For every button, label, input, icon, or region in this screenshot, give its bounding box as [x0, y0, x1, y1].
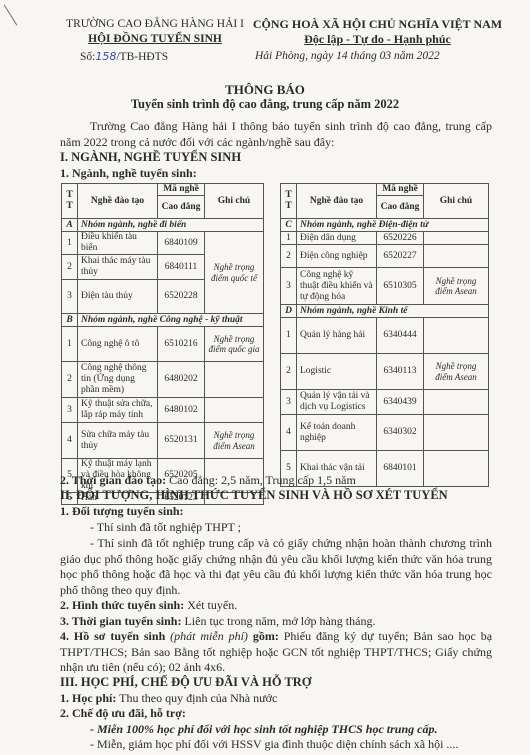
row-note [424, 415, 489, 451]
doc-number-prefix: Số: [80, 51, 95, 63]
group-name: Nhóm ngành, nghề Công nghệ - kỹ thuật [78, 314, 264, 327]
pen-stroke-mark [4, 5, 18, 26]
group-letter: B [62, 314, 78, 327]
table-row: 1Điều khiển tàu biển6840109Nghề trọng đi… [62, 232, 264, 255]
group-letter: C [281, 219, 297, 232]
section3-heading: III. HỌC PHÍ, CHẾ ĐỘ ƯU ĐÃI VÀ HỖ TRỢ [60, 675, 312, 690]
table-row: 4Sửa chữa máy tàu thủy6520131Nghề trọng … [62, 423, 264, 459]
row-note [424, 245, 489, 268]
section2-heading: II. ĐỐI TƯỢNG, HÌNH THỨC TUYỂN SINH VÀ H… [60, 488, 448, 503]
row-major-code: 6520226 [377, 232, 424, 245]
doc-title: THÔNG BÁO [0, 82, 530, 97]
row-major-name: Công nghệ ô tô [78, 327, 158, 362]
col-ma-nghe: Mã nghề [377, 184, 424, 196]
row-major-code: 6340444 [377, 318, 424, 354]
section3-sub2: 2. Chế độ ưu đãi, hỗ trợ: [60, 706, 186, 721]
row-index: 3 [281, 390, 297, 415]
row-note [424, 232, 489, 245]
row-note: Nghề trọng điểm quốc gia [205, 327, 264, 362]
col-cao-dang: Cao đẳng [377, 196, 424, 219]
dossier-label-2: gồm: [253, 629, 279, 643]
row-major-name: Sửa chữa máy tàu thủy [78, 423, 158, 459]
row-index: 3 [62, 398, 78, 423]
col-tt: T T [281, 184, 297, 219]
group-row: BNhóm ngành, nghề Công nghệ - kỹ thuật [62, 314, 264, 327]
table-row: 3Công nghệ kỹ thuật điều khiển và tự độn… [281, 268, 489, 305]
group-name: Nhóm ngành, nghề đi biển [78, 219, 264, 232]
tuition-label: 1. Học phí: [60, 691, 116, 705]
table-row: 3Kỹ thuật sửa chữa, lắp ráp máy tính6480… [62, 398, 264, 423]
admission-time: 3. Thời gian tuyển sinh: Liên tục trong … [60, 614, 375, 629]
row-index: 1 [62, 232, 78, 255]
section3-bullet2: - Miễn, giảm học phí đối với HSSV gia đì… [90, 737, 458, 752]
table-row: 4Kế toán doanh nghiệp6340302 [281, 415, 489, 451]
row-index: 1 [281, 232, 297, 245]
majors-table-left: T T Nghề đào tạo Mã nghề Ghi chú Cao đẳn… [61, 183, 264, 505]
group-name: Nhóm ngành, nghề Kinh tế [297, 305, 489, 318]
tuition: 1. Học phí: Thu theo quy định của Nhà nư… [60, 691, 277, 706]
row-index: 2 [281, 354, 297, 390]
row-index: 2 [62, 255, 78, 280]
row-major-name: Khai thác máy tàu thủy [78, 255, 158, 280]
col-nghe: Nghề đào tạo [297, 184, 377, 219]
row-note: Nghề trọng điểm quốc tế [205, 232, 264, 314]
section3-bullet1: - Miễn 100% học phí đối với học sinh tốt… [90, 722, 437, 737]
row-major-code: 6480202 [158, 362, 205, 398]
row-index: 2 [62, 362, 78, 398]
row-note [424, 390, 489, 415]
row-index: 3 [281, 268, 297, 305]
nation-name: CỘNG HOÀ XÃ HỘI CHỦ NGHĨA VIỆT NAM [245, 17, 510, 32]
row-major-code: 6340302 [377, 415, 424, 451]
group-row: CNhóm ngành, nghề Điện-điện tử [281, 219, 489, 232]
row-index: 1 [281, 318, 297, 354]
table-row: 2Điện công nghiệp6520227 [281, 245, 489, 268]
motto: Độc lập - Tự do - Hạnh phúc [245, 32, 510, 47]
training-duration-label: 2. Thời gian đào tạo: [60, 473, 166, 487]
group-letter: D [281, 305, 297, 318]
place-date: Hải Phòng, ngày 14 tháng 03 năm 2022 [255, 50, 440, 62]
admission-time-value: Liên tục trong năm, mở lớp hàng tháng. [184, 614, 375, 628]
row-note: Nghề trọng điểm Asean [424, 268, 489, 305]
issuer-block: TRƯỜNG CAO ĐẲNG HÀNG HẢI I HỘI ĐỒNG TUYỂ… [60, 17, 250, 47]
table-row: 1Điện dân dụng6520226 [281, 232, 489, 245]
col-tt: T T [62, 184, 78, 219]
row-major-name: Quản lý hàng hải [297, 318, 377, 354]
section2-sub1: 1. Đối tượng tuyển sinh: [60, 504, 184, 519]
group-letter: A [62, 219, 78, 232]
col-ghi-chu: Ghi chú [205, 184, 264, 219]
council-name: HỘI ĐỒNG TUYỂN SINH [60, 32, 250, 47]
row-major-code: 6520131 [158, 423, 205, 459]
row-major-name: Kỹ thuật sửa chữa, lắp ráp máy tính [78, 398, 158, 423]
row-index: 4 [281, 415, 297, 451]
table-row: 1Công nghệ ô tô6510216Nghề trọng điểm qu… [62, 327, 264, 362]
row-major-code: 6520228 [158, 280, 205, 314]
row-major-code: 6510216 [158, 327, 205, 362]
row-major-name: Điều khiển tàu biển [78, 232, 158, 255]
row-major-name: Kế toán doanh nghiệp [297, 415, 377, 451]
document-number: Số:158/TB-HĐTS [80, 50, 168, 63]
row-major-name: Quản lý vận tải và dịch vụ Logistics [297, 390, 377, 415]
application-dossier: 4. Hồ sơ tuyển sinh (phát miễn phí) gồm:… [60, 629, 492, 676]
admission-form: 2. Hình thức tuyển sinh: Xét tuyển. [60, 598, 237, 613]
section1-heading: I. NGÀNH, NGHỀ TUYỂN SINH [60, 150, 241, 165]
col-ma-nghe: Mã nghề [158, 184, 205, 196]
row-major-code: 6340439 [377, 390, 424, 415]
training-duration-value: Cao đẳng: 2,5 năm, Trung cấp 1,5 năm [169, 473, 356, 487]
group-row: DNhóm ngành, nghề Kinh tế [281, 305, 489, 318]
national-motto-block: CỘNG HOÀ XÃ HỘI CHỦ NGHĨA VIỆT NAM Độc l… [245, 17, 510, 47]
group-name: Nhóm ngành, nghề Điện-điện tử [297, 219, 489, 232]
doc-number-handwritten: 158 [95, 50, 116, 63]
row-major-code: 6840101 [377, 451, 424, 487]
row-index: 4 [62, 423, 78, 459]
row-index: 2 [281, 245, 297, 268]
row-major-name: Công nghệ kỹ thuật điều khiển và tự động… [297, 268, 377, 305]
doc-subtitle: Tuyển sinh trình độ cao đẳng, trung cấp … [0, 97, 530, 112]
row-index: 3 [62, 280, 78, 314]
admission-form-label: 2. Hình thức tuyển sinh: [60, 598, 184, 612]
row-major-code: 6340113 [377, 354, 424, 390]
row-major-name: Công nghệ thông tin (Ứng dụng phần mềm) [78, 362, 158, 398]
table-row: 3Quản lý vận tải và dịch vụ Logistics634… [281, 390, 489, 415]
row-note [205, 398, 264, 423]
row-major-code: 6520227 [377, 245, 424, 268]
group-row: ANhóm ngành, nghề đi biển [62, 219, 264, 232]
row-note [424, 451, 489, 487]
school-name: TRƯỜNG CAO ĐẲNG HÀNG HẢI I [60, 17, 250, 32]
table-row: 1Quản lý hàng hải6340444 [281, 318, 489, 354]
admission-form-value: Xét tuyển. [187, 598, 237, 612]
row-major-name: Logistic [297, 354, 377, 390]
dossier-free-note: (phát miễn phí) [170, 629, 248, 643]
admission-time-label: 3. Thời gian tuyển sinh: [60, 614, 181, 628]
row-major-code: 6840111 [158, 255, 205, 280]
row-major-code: 6480102 [158, 398, 205, 423]
col-ghi-chu: Ghi chú [424, 184, 489, 219]
training-duration: 2. Thời gian đào tạo: Cao đẳng: 2,5 năm,… [60, 473, 356, 488]
table-row: 2Logistic6340113Nghề trọng điểm Asean [281, 354, 489, 390]
row-note [424, 318, 489, 354]
section1-sub1: 1. Ngành, nghề tuyển sinh: [60, 166, 197, 181]
row-major-name: Điện công nghiệp [297, 245, 377, 268]
col-cao-dang: Cao đẳng [158, 196, 205, 219]
tuition-value: Thu theo quy định của Nhà nước [119, 691, 277, 705]
doc-number-suffix: /TB-HĐTS [116, 51, 168, 63]
row-major-code: 6840109 [158, 232, 205, 255]
col-nghe: Nghề đào tạo [78, 184, 158, 219]
row-index: 1 [62, 327, 78, 362]
row-major-code: 6510305 [377, 268, 424, 305]
row-major-name: Điện tàu thủy [78, 280, 158, 314]
table-row: 2Công nghệ thông tin (Ứng dụng phần mềm)… [62, 362, 264, 398]
dossier-label: 4. Hồ sơ tuyển sinh [60, 629, 165, 643]
row-note: Nghề trọng điểm Asean [205, 423, 264, 459]
intro-paragraph: Trường Cao đẳng Hàng hải I thông báo tuy… [60, 119, 492, 150]
row-major-name: Điện dân dụng [297, 232, 377, 245]
row-note [205, 362, 264, 398]
section2-bullet2: - Thí sinh đã tốt nghiệp trung cấp và có… [60, 536, 492, 598]
row-note: Nghề trọng điểm Asean [424, 354, 489, 390]
majors-table-right: T T Nghề đào tạo Mã nghề Ghi chú Cao đẳn… [280, 183, 489, 487]
section2-bullet1: - Thí sinh đã tốt nghiệp THPT ; [90, 520, 241, 535]
